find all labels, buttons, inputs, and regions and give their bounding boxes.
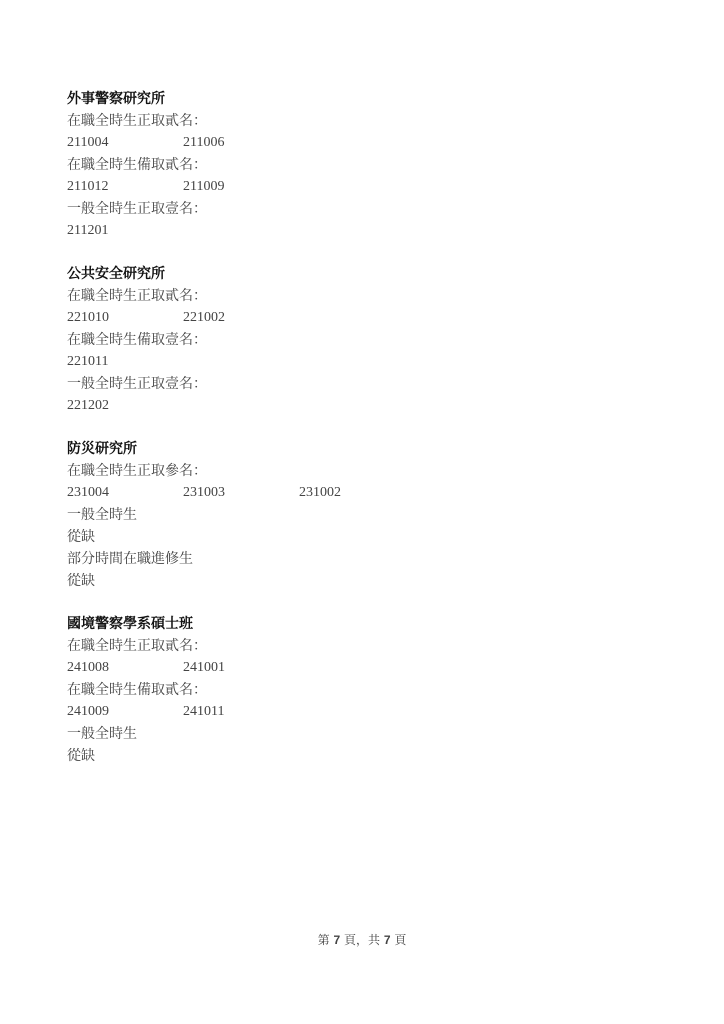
group-label: 部分時間在職進修生 <box>67 548 207 570</box>
total-pages: 7 <box>384 933 391 947</box>
candidate-id: 241009 <box>67 701 109 723</box>
group-label: 一般全時生正取壹名： <box>67 373 207 395</box>
vacancy-note: 從缺 <box>67 745 207 767</box>
candidate-id: 221011 <box>67 351 108 373</box>
id-row: 241008 241001 <box>67 657 207 679</box>
candidate-id: 221202 <box>67 395 109 417</box>
id-row: 221202 <box>67 395 207 417</box>
candidate-id: 241001 <box>183 657 225 679</box>
group-label: 在職全時生備取貳名： <box>67 154 207 176</box>
section-foreign-affairs-police: 外事警察研究所 在職全時生正取貳名： 211004 211006 在職全時生備取… <box>67 88 207 242</box>
vacancy-note: 從缺 <box>67 570 207 592</box>
vacancy-note: 從缺 <box>67 526 207 548</box>
section-disaster-prevention: 防災研究所 在職全時生正取參名： 231004 231003 231002 一般… <box>67 438 207 592</box>
section-title: 防災研究所 <box>67 438 207 460</box>
id-row: 211201 <box>67 220 207 242</box>
section-title: 公共安全研究所 <box>67 263 207 285</box>
id-row: 221011 <box>67 351 207 373</box>
section-border-police-masters: 國境警察學系碩士班 在職全時生正取貳名： 241008 241001 在職全時生… <box>67 613 207 767</box>
group-label: 一般全時生正取壹名： <box>67 198 207 220</box>
group-label: 一般全時生 <box>67 504 207 526</box>
document-page: 外事警察研究所 在職全時生正取貳名： 211004 211006 在職全時生備取… <box>0 0 724 1024</box>
id-row: 241009 241011 <box>67 701 207 723</box>
candidate-id: 221002 <box>183 307 225 329</box>
section-public-safety: 公共安全研究所 在職全時生正取貳名： 221010 221002 在職全時生備取… <box>67 263 207 417</box>
id-row: 211004 211006 <box>67 132 207 154</box>
group-label: 在職全時生正取貳名： <box>67 285 207 307</box>
candidate-id: 241011 <box>183 701 224 723</box>
group-label: 在職全時生正取貳名： <box>67 110 207 132</box>
footer-suffix: 頁 <box>394 933 406 947</box>
candidate-id: 241008 <box>67 657 109 679</box>
group-label: 一般全時生 <box>67 723 207 745</box>
group-label: 在職全時生備取壹名： <box>67 329 207 351</box>
footer-prefix: 第 <box>318 933 330 947</box>
id-row: 221010 221002 <box>67 307 207 329</box>
section-title: 外事警察研究所 <box>67 88 207 110</box>
candidate-id: 211006 <box>183 132 224 154</box>
id-row: 231004 231003 231002 <box>67 482 207 504</box>
candidate-id: 211012 <box>67 176 108 198</box>
candidate-id: 211201 <box>67 220 108 242</box>
candidate-id: 211004 <box>67 132 108 154</box>
candidate-id: 211009 <box>183 176 224 198</box>
footer-middle: 頁，共 <box>344 933 380 947</box>
group-label: 在職全時生正取貳名： <box>67 635 207 657</box>
group-label: 在職全時生正取參名： <box>67 460 207 482</box>
page-footer: 第 7 頁，共 7 頁 <box>0 931 724 948</box>
candidate-id: 231004 <box>67 482 109 504</box>
candidate-id: 221010 <box>67 307 109 329</box>
page-number: 7 <box>333 933 340 947</box>
candidate-id: 231002 <box>299 482 341 504</box>
section-title: 國境警察學系碩士班 <box>67 613 207 635</box>
candidate-id: 231003 <box>183 482 225 504</box>
group-label: 在職全時生備取貳名： <box>67 679 207 701</box>
id-row: 211012 211009 <box>67 176 207 198</box>
